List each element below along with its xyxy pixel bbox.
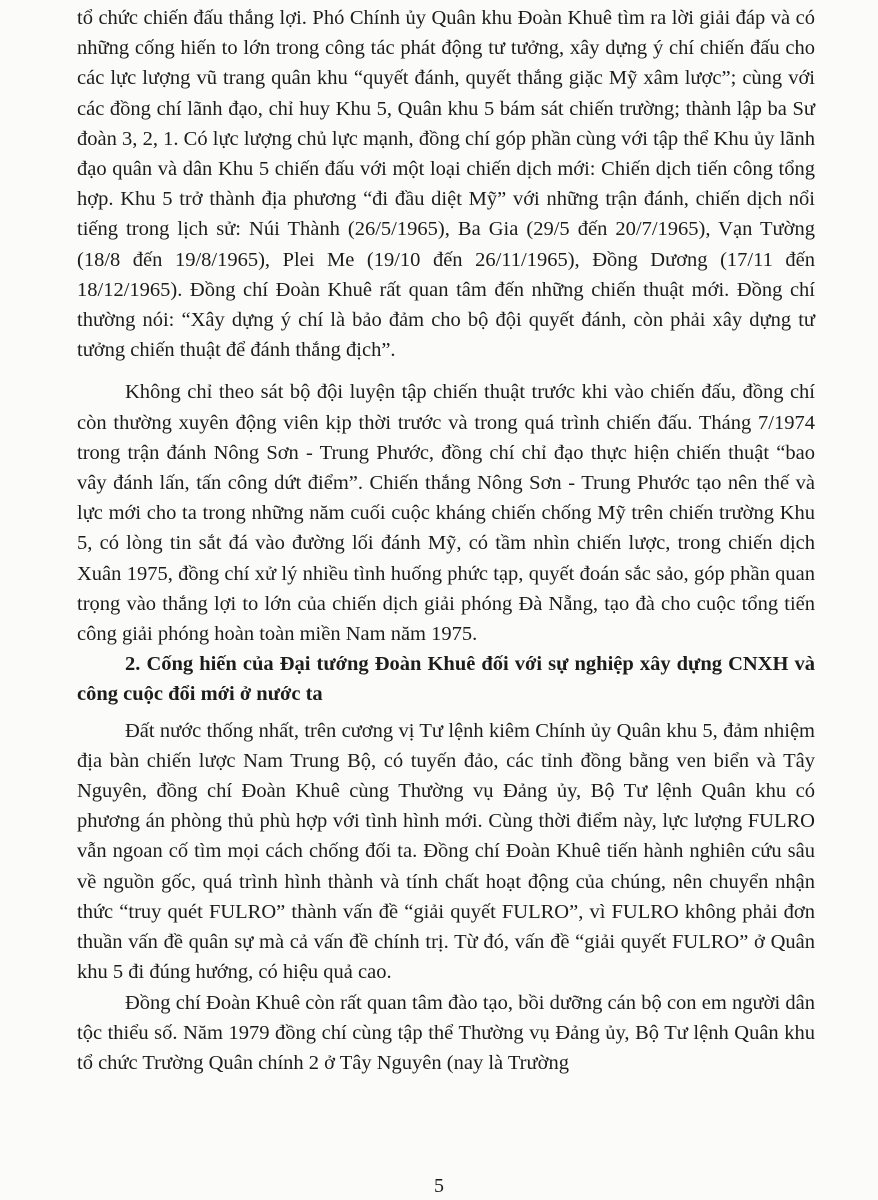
paragraph-4: Đồng chí Đoàn Khuê còn rất quan tâm đào …	[77, 988, 815, 1079]
paragraph-1: tổ chức chiến đấu thắng lợi. Phó Chính ủ…	[77, 3, 815, 365]
page-number: 5	[0, 1175, 878, 1198]
paragraph-2: Không chỉ theo sát bộ đội luyện tập chiế…	[77, 377, 815, 649]
document-page: tổ chức chiến đấu thắng lợi. Phó Chính ủ…	[77, 0, 815, 1078]
paragraph-3: Đất nước thống nhất, trên cương vị Tư lệ…	[77, 716, 815, 988]
section-heading: 2. Cống hiến của Đại tướng Đoàn Khuê đối…	[77, 649, 815, 709]
